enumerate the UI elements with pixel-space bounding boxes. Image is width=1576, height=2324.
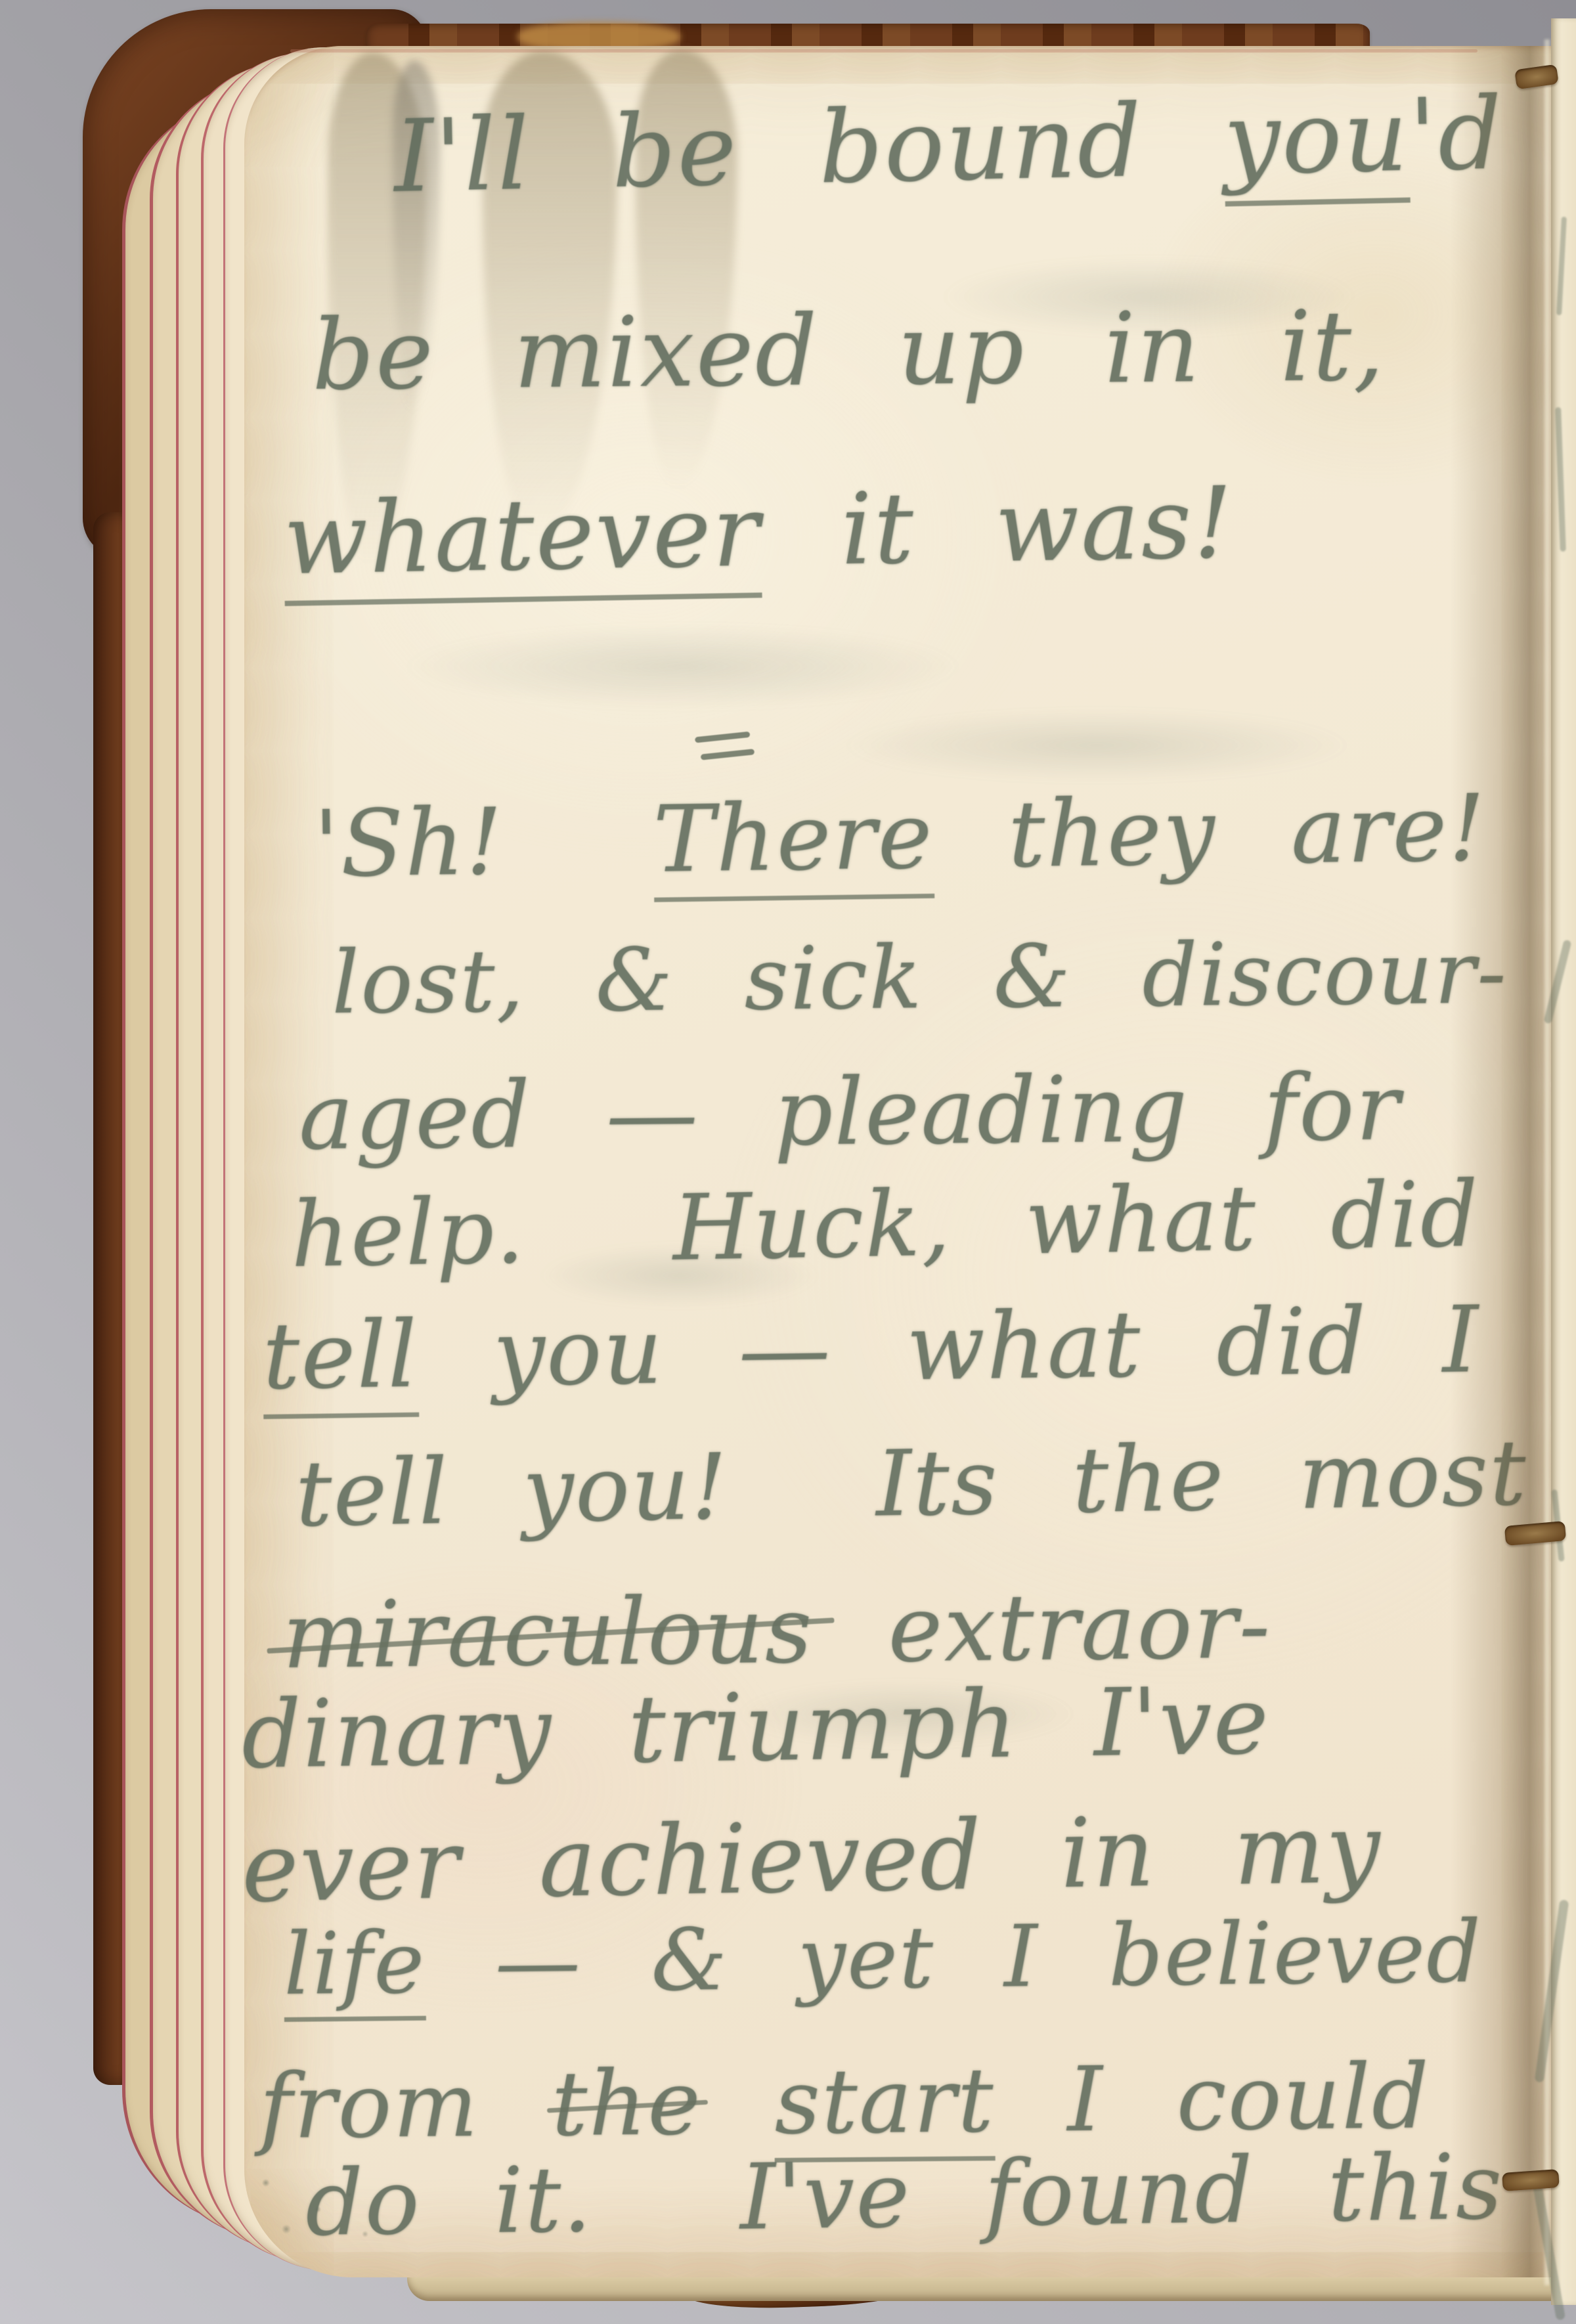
manuscript-segment: you — what did I xyxy=(418,1286,1481,1409)
bleedthrough-smudge xyxy=(841,709,1353,781)
manuscript-segment: do it. I've found this xyxy=(305,2134,1504,2256)
manuscript-segment: help. Huck, what did I xyxy=(290,1159,1576,1288)
fold-highlight xyxy=(1544,39,1550,2285)
manuscript-line: life — & yet I believed xyxy=(283,1902,1483,2014)
manuscript-line: aged — pleading for xyxy=(298,1054,1401,1171)
manuscript-segment: lost, & sick & discour- xyxy=(331,922,1508,1034)
bottom-fore-edge xyxy=(407,2273,1576,2301)
manuscript-line: dinary triumph I've xyxy=(241,1667,1271,1789)
manuscript-line: lost, & sick & discour- xyxy=(331,922,1508,1034)
manuscript-segment: 'Sh! xyxy=(313,787,654,898)
insertion-mark xyxy=(695,732,753,766)
manuscript-line: whatever it was! xyxy=(282,466,1235,597)
manuscript-segment-underline: you xyxy=(1223,77,1411,207)
bleedthrough-smudge xyxy=(401,624,965,709)
manuscript-line: 'Sh! There they are! xyxy=(313,775,1487,898)
manuscript-segment-underline: life xyxy=(283,1913,426,2022)
manuscript-line: do it. I've found this xyxy=(305,2134,1504,2256)
manuscript-segment: 'd xyxy=(1408,76,1504,194)
manuscript-segment-strike: miraculous xyxy=(282,1577,814,1690)
manuscript-segment-underline: There xyxy=(653,783,934,902)
stitch-hole xyxy=(1502,2169,1560,2191)
manuscript-segment: they are! xyxy=(932,775,1487,890)
manuscript-segment: I'll be bound xyxy=(393,81,1225,215)
manuscript-segment: it was! xyxy=(760,466,1235,589)
manuscript-segment: dinary triumph I've xyxy=(241,1667,1271,1789)
manuscript-segment xyxy=(701,2051,775,2155)
manuscript-segment-underline: tell xyxy=(262,1302,419,1419)
manuscript-segment: — & yet I believed xyxy=(425,1902,1483,2013)
manuscript-segment: aged — pleading for xyxy=(298,1054,1401,1171)
manuscript-line: help. Huck, what did I xyxy=(290,1159,1576,1288)
manuscript-segment: be mixed up in it, xyxy=(311,290,1386,412)
notebook-photo: I'll be bound you'dbe mixed up in it,wha… xyxy=(0,0,1576,2324)
manuscript-line: tell you — what did I xyxy=(262,1286,1481,1411)
manuscript-segment: from xyxy=(259,2053,552,2159)
manuscript-line: be mixed up in it, xyxy=(311,290,1386,412)
manuscript-line: I'll be bound you'd xyxy=(393,76,1504,215)
manuscript-segment-underline: whatever xyxy=(282,474,762,606)
manuscript-segment-strike: the xyxy=(551,2051,702,2157)
